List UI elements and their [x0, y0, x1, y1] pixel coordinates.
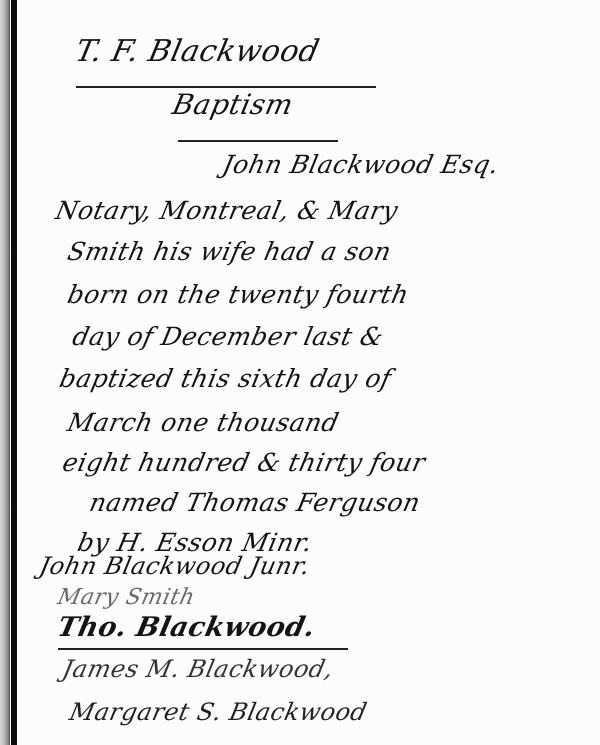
- register-page: T. F. Blackwood Baptism John Blackwood E…: [18, 0, 600, 745]
- entry-title-subtitle: Baptism: [169, 88, 296, 121]
- subtitle-underline: [178, 140, 338, 142]
- entry-title-name: T. F. Blackwood: [72, 34, 322, 69]
- binding-margin-line: [11, 0, 17, 745]
- signature-witness: James M. Blackwood,: [60, 655, 336, 683]
- signature-underline: [58, 648, 348, 650]
- body-line: named Thomas Ferguson: [87, 488, 423, 517]
- body-line: Notary, Montreal, & Mary: [53, 196, 401, 225]
- body-line: March one thousand: [65, 408, 342, 437]
- signature-father: John Blackwood Junr.: [37, 552, 313, 580]
- signature-witness: Tho. Blackwood.: [55, 612, 318, 643]
- body-line: eight hundred & thirty four: [60, 448, 428, 477]
- signature-witness: Margaret S. Blackwood: [67, 698, 370, 726]
- body-line: day of December last &: [70, 322, 386, 351]
- body-line: Smith his wife had a son: [65, 237, 394, 266]
- body-line: John Blackwood Esq.: [220, 150, 502, 179]
- body-line: baptized this sixth day of: [57, 364, 394, 393]
- page-edge: [0, 0, 10, 745]
- body-line: born on the twenty fourth: [65, 280, 412, 309]
- signature-mother: Mary Smith: [55, 585, 197, 610]
